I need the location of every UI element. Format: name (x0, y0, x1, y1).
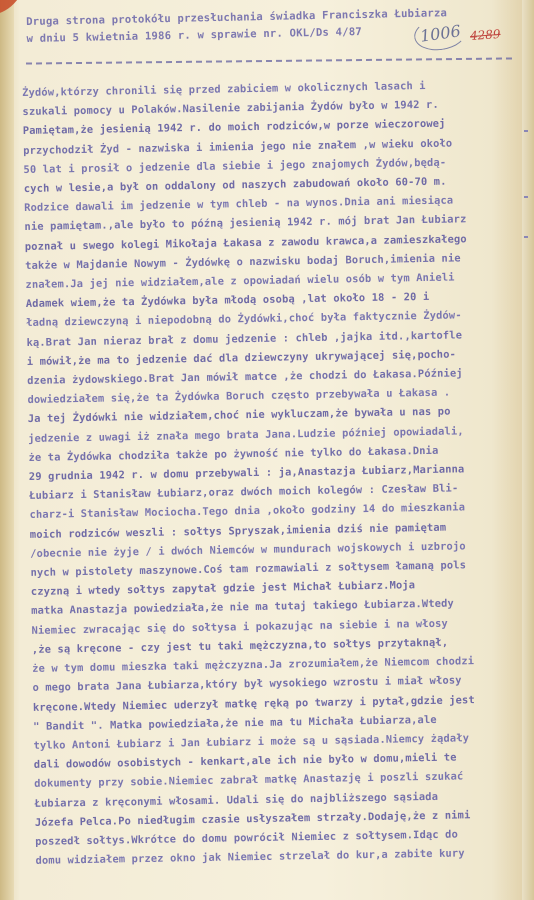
margin-mark (524, 236, 528, 238)
margin-mark (524, 130, 528, 132)
handwritten-archive-number: 1006 (419, 21, 462, 45)
handwritten-red-number: 4289 (470, 27, 501, 43)
document-body: Żydów,którzy chronili się przed zabiciem… (22, 75, 534, 871)
header-divider (26, 57, 512, 64)
margin-mark (524, 196, 528, 198)
scanned-document-page: Druga strona protokółu przesłuchania świ… (0, 0, 534, 900)
binder-edge-left (0, 0, 14, 900)
